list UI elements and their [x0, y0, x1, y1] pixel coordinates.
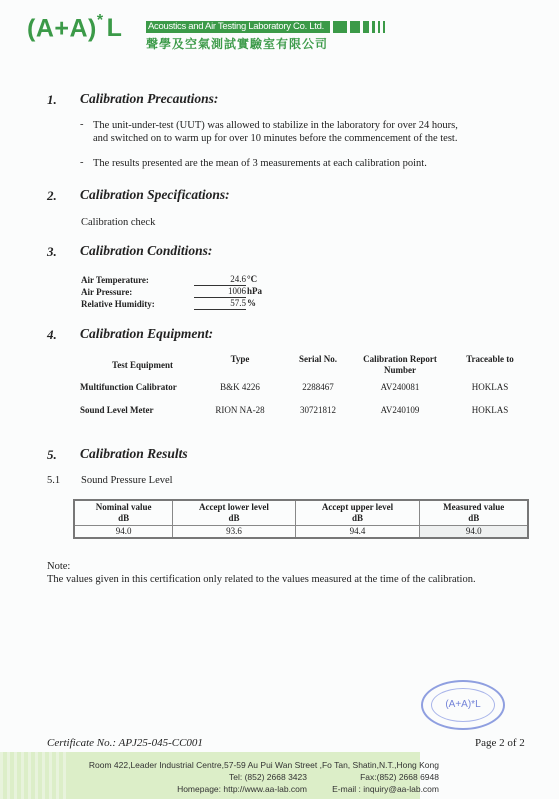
section-1-title: Calibration Precautions:: [80, 91, 218, 107]
stamp-inner-ring: [431, 688, 495, 722]
logo-suffix: L: [107, 14, 123, 42]
equipment-row-1-type: B&K 4226: [210, 382, 270, 392]
logo-bars-decoration: [333, 21, 385, 33]
note-text: The values given in this certification o…: [47, 573, 507, 586]
equipment-row-1-traceable: HOKLAS: [455, 382, 525, 392]
results-header-measured: Measured valuedB: [420, 500, 528, 526]
equipment-row-1-serial: 2288467: [288, 382, 348, 392]
equipment-row-2-type: RION NA-28: [210, 405, 270, 415]
precaution-line-2: and switched on to warm up for over 10 m…: [93, 132, 457, 145]
equipment-header-traceable: Traceable to: [455, 354, 525, 364]
section-5-title: Calibration Results: [80, 446, 188, 462]
certificate-number: Certificate No.: APJ25-045-CC001: [47, 737, 203, 749]
equipment-header-report-number: Number: [350, 365, 450, 375]
certificate-label: Certificate No.:: [47, 737, 116, 749]
section-1-number: 1.: [47, 92, 57, 108]
relative-humidity-label: Relative Humidity:: [81, 299, 155, 309]
footer-homepage: Homepage: http://www.aa-lab.com: [177, 784, 307, 794]
measured-value: 94.0: [420, 526, 528, 539]
section-4-title: Calibration Equipment:: [80, 326, 213, 342]
section-3-title: Calibration Conditions:: [80, 243, 212, 259]
equipment-row-2-traceable: HOKLAS: [455, 405, 525, 415]
lower-level-value: 93.6: [173, 526, 295, 539]
logo-star: *: [97, 12, 104, 29]
equipment-header-type: Type: [210, 354, 270, 364]
results-header-lower: Accept lower leveldB: [173, 500, 295, 526]
footer-tel: Tel: (852) 2668 3423: [229, 772, 307, 782]
bullet-dash: -: [80, 119, 84, 130]
equipment-row-2-report: AV240109: [350, 405, 450, 415]
logo-text: (A+A): [27, 14, 97, 42]
results-header-nominal: Nominal valuedB: [74, 500, 173, 526]
certificate-value: APJ25-045-CC001: [119, 737, 203, 749]
results-value-row: 94.0 93.6 94.4 94.0: [74, 526, 528, 539]
section-5-number: 5.: [47, 447, 57, 463]
section-3-number: 3.: [47, 244, 57, 260]
air-temperature-label: Air Temperature:: [81, 275, 149, 285]
results-header-row: Nominal valuedB Accept lower leveldB Acc…: [74, 500, 528, 526]
equipment-row-2-name: Sound Level Meter: [80, 405, 205, 415]
company-name-en: Acoustics and Air Testing Laboratory Co.…: [146, 21, 330, 33]
footer-address: Room 422,Leader Industrial Centre,57-59 …: [89, 760, 439, 770]
specification-text: Calibration check: [81, 216, 155, 229]
air-pressure-label: Air Pressure:: [81, 287, 132, 297]
equipment-header-name: Test Equipment: [80, 360, 205, 370]
section-2-number: 2.: [47, 188, 57, 204]
footer-email: E-mail : inquiry@aa-lab.com: [332, 784, 439, 794]
page-number: Page 2 of 2: [475, 737, 525, 749]
section-4-number: 4.: [47, 327, 57, 343]
equipment-header-serial: Serial No.: [288, 354, 348, 364]
company-stamp: (A+A)*L: [421, 680, 505, 730]
company-logo: (A+A)*L: [27, 14, 122, 43]
results-table: Nominal valuedB Accept lower leveldB Acc…: [73, 499, 529, 539]
upper-level-value: 94.4: [295, 526, 420, 539]
subsection-number: 5.1: [47, 474, 60, 487]
footer-stripes-decoration: [0, 752, 66, 799]
results-header-upper: Accept upper leveldB: [295, 500, 420, 526]
subsection-title: Sound Pressure Level: [81, 474, 173, 487]
air-temperature-value: 24.6: [194, 274, 246, 286]
air-temperature-unit: °C: [247, 274, 257, 284]
equipment-row-1-name: Multifunction Calibrator: [80, 382, 205, 392]
relative-humidity-unit: %: [247, 298, 256, 308]
air-pressure-unit: hPa: [247, 286, 262, 296]
air-pressure-value: 1006: [194, 286, 246, 298]
precaution-line-1: The unit-under-test (UUT) was allowed to…: [93, 119, 458, 132]
note-label: Note:: [47, 560, 507, 573]
relative-humidity-value: 57.5: [194, 298, 246, 310]
bullet-dash: -: [80, 157, 84, 168]
equipment-header-report: Calibration Report: [350, 354, 450, 364]
section-2-title: Calibration Specifications:: [80, 187, 230, 203]
equipment-row-1-report: AV240081: [350, 382, 450, 392]
footer-fax: Fax:(852) 2668 6948: [360, 772, 439, 782]
nominal-value: 94.0: [74, 526, 173, 539]
equipment-row-2-serial: 30721812: [288, 405, 348, 415]
company-name-zh: 聲學及空氣測試實驗室有限公司: [146, 35, 328, 52]
precaution-line-3: The results presented are the mean of 3 …: [93, 157, 427, 170]
